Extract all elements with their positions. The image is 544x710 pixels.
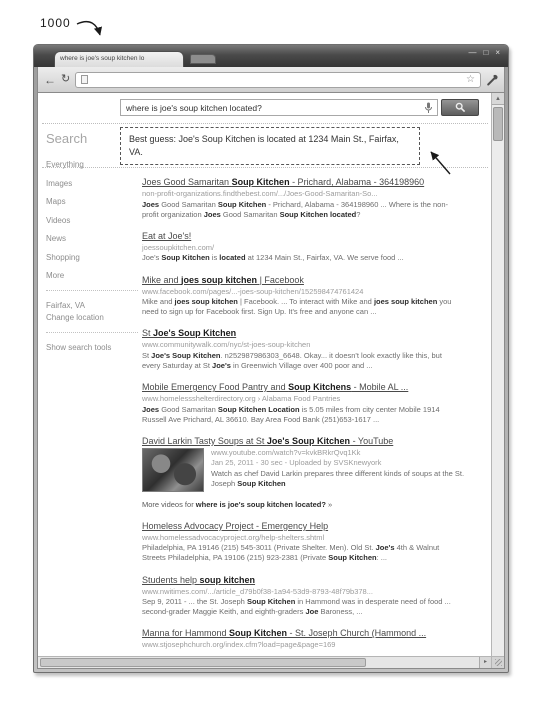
sidebar-item-news[interactable]: News bbox=[46, 234, 138, 243]
reload-icon[interactable]: ↻ bbox=[61, 74, 70, 85]
result-url: www.homelessshelterdirectory.org › Alaba… bbox=[142, 394, 462, 403]
result-snippet: Mike and joes soup kitchen | Facebook. .… bbox=[142, 297, 456, 317]
magnifier-icon bbox=[455, 102, 466, 113]
page-icon bbox=[81, 75, 88, 84]
change-location-link[interactable]: Change location bbox=[46, 313, 138, 322]
browser-tab[interactable]: where is joe's soup kitchen lo bbox=[54, 51, 184, 67]
result-url: www.facebook.com/pages/...-joes-soup-kit… bbox=[142, 287, 462, 296]
divider bbox=[42, 123, 488, 124]
result-snippet: Joes Good Samaritan Soup Kitchen Locatio… bbox=[142, 405, 456, 425]
close-button[interactable]: × bbox=[495, 48, 500, 58]
new-tab-button[interactable] bbox=[190, 54, 216, 64]
sidebar-item-videos[interactable]: Videos bbox=[46, 216, 138, 225]
result-snippet: Watch as chef David Larkin prepares thre… bbox=[211, 469, 478, 489]
browser-toolbar: ← ↻ ☆ bbox=[37, 67, 505, 93]
video-meta: Jan 25, 2011 - 30 sec - Uploaded by SVSK… bbox=[211, 458, 478, 467]
vertical-scrollbar-thumb[interactable] bbox=[493, 107, 503, 141]
search-result: Mike and joes soup kitchen | Facebookwww… bbox=[142, 275, 478, 318]
scroll-right-arrow-icon[interactable]: ▸ bbox=[479, 657, 491, 668]
search-result: Students help soup kitchenwww.nwitimes.c… bbox=[142, 575, 478, 618]
search-result: Mobile Emergency Food Pantry and Soup Ki… bbox=[142, 382, 478, 425]
best-guess-box: Best guess: Joe's Soup Kitchen is locate… bbox=[120, 127, 420, 165]
maximize-button[interactable]: □ bbox=[483, 48, 488, 58]
page-content: Search EverythingImagesMapsVideosNewsSho… bbox=[37, 93, 505, 669]
search-input[interactable] bbox=[120, 99, 438, 116]
result-snippet: Philadelphia, PA 19146 (215) 545-3011 (P… bbox=[142, 543, 456, 563]
search-result: St Joe's Soup Kitchenwww.communitywalk.c… bbox=[142, 328, 478, 371]
result-snippet: Joe's Soup Kitchen is located at 1234 Ma… bbox=[142, 253, 456, 263]
divider bbox=[46, 290, 138, 291]
result-title-link[interactable]: Homeless Advocacy Project - Emergency He… bbox=[142, 521, 476, 531]
show-search-tools-link[interactable]: Show search tools bbox=[46, 343, 138, 352]
result-title-link[interactable]: Joes Good Samaritan Soup Kitchen - Prich… bbox=[142, 177, 476, 187]
result-title-link[interactable]: Students help soup kitchen bbox=[142, 575, 476, 585]
browser-titlebar: where is joe's soup kitchen lo — □ × bbox=[34, 45, 508, 67]
video-thumbnail[interactable] bbox=[142, 448, 204, 492]
vertical-scrollbar[interactable]: ▲ bbox=[491, 93, 504, 656]
microphone-icon[interactable] bbox=[424, 102, 433, 114]
horizontal-scrollbar-thumb[interactable] bbox=[40, 658, 366, 667]
figure-label-1000: 1000 bbox=[40, 16, 71, 30]
minimize-button[interactable]: — bbox=[468, 48, 476, 58]
search-result: Manna for Hammond Soup Kitchen - St. Jos… bbox=[142, 628, 478, 649]
resize-grip[interactable] bbox=[491, 656, 504, 668]
bookmark-star-icon[interactable]: ☆ bbox=[466, 75, 475, 85]
scroll-up-arrow-icon[interactable]: ▲ bbox=[492, 93, 504, 105]
sidebar-item-images[interactable]: Images bbox=[46, 179, 138, 188]
sidebar-item-maps[interactable]: Maps bbox=[46, 197, 138, 206]
sidebar-item-shopping[interactable]: Shopping bbox=[46, 253, 138, 262]
horizontal-scrollbar[interactable]: ▸ bbox=[38, 656, 491, 668]
result-title-link[interactable]: Eat at Joe's! bbox=[142, 231, 476, 241]
browser-window: where is joe's soup kitchen lo — □ × ← ↻… bbox=[33, 44, 509, 673]
result-url: www.communitywalk.com/nyc/st-joes-soup-k… bbox=[142, 340, 462, 349]
search-result: David Larkin Tasty Soups at St Joe's Sou… bbox=[142, 436, 478, 492]
result-url: www.stjosephchurch.org/index.cfm?load=pa… bbox=[142, 640, 462, 649]
result-title-link[interactable]: Mike and joes soup kitchen | Facebook bbox=[142, 275, 476, 285]
result-title-link[interactable]: Mobile Emergency Food Pantry and Soup Ki… bbox=[142, 382, 476, 392]
result-title-link[interactable]: David Larkin Tasty Soups at St Joe's Sou… bbox=[142, 436, 476, 446]
result-url: joessoupkitchen.com/ bbox=[142, 243, 462, 252]
result-url: www.homelessadvocacyproject.org/help-she… bbox=[142, 533, 462, 542]
result-snippet: Sep 9, 2011 - ... the St. Joseph Soup Ki… bbox=[142, 597, 456, 617]
location-text: Fairfax, VA bbox=[46, 301, 138, 310]
result-url: www.youtube.com/watch?v=kvkBRkrQvq1Kk bbox=[211, 448, 478, 457]
result-title-link[interactable]: Manna for Hammond Soup Kitchen - St. Jos… bbox=[142, 628, 476, 638]
search-result: Joes Good Samaritan Soup Kitchen - Prich… bbox=[142, 177, 478, 220]
more-videos-link[interactable]: More videos for where is joe's soup kitc… bbox=[142, 500, 478, 509]
sidebar-item-more[interactable]: More bbox=[46, 271, 138, 280]
result-url: non-profit-organizations.findthebest.com… bbox=[142, 189, 462, 198]
search-result: Eat at Joe's!joessoupkitchen.com/Joe's S… bbox=[142, 231, 478, 264]
wrench-icon[interactable] bbox=[486, 74, 498, 86]
result-title-link[interactable]: St Joe's Soup Kitchen bbox=[142, 328, 476, 338]
results-column: Best guess: Joe's Soup Kitchen is locate… bbox=[142, 127, 478, 660]
back-icon[interactable]: ← bbox=[44, 74, 56, 86]
result-snippet: St Joe's Soup Kitchen. n252987986303_664… bbox=[142, 351, 456, 371]
divider bbox=[46, 332, 138, 333]
search-result: Homeless Advocacy Project - Emergency He… bbox=[142, 521, 478, 564]
search-button[interactable] bbox=[441, 99, 479, 116]
result-snippet: Joes Good Samaritan Soup Kitchen - Prich… bbox=[142, 200, 456, 220]
result-url: www.nwitimes.com/.../article_d79b0f38-1a… bbox=[142, 587, 462, 596]
address-bar[interactable]: ☆ bbox=[75, 72, 481, 88]
